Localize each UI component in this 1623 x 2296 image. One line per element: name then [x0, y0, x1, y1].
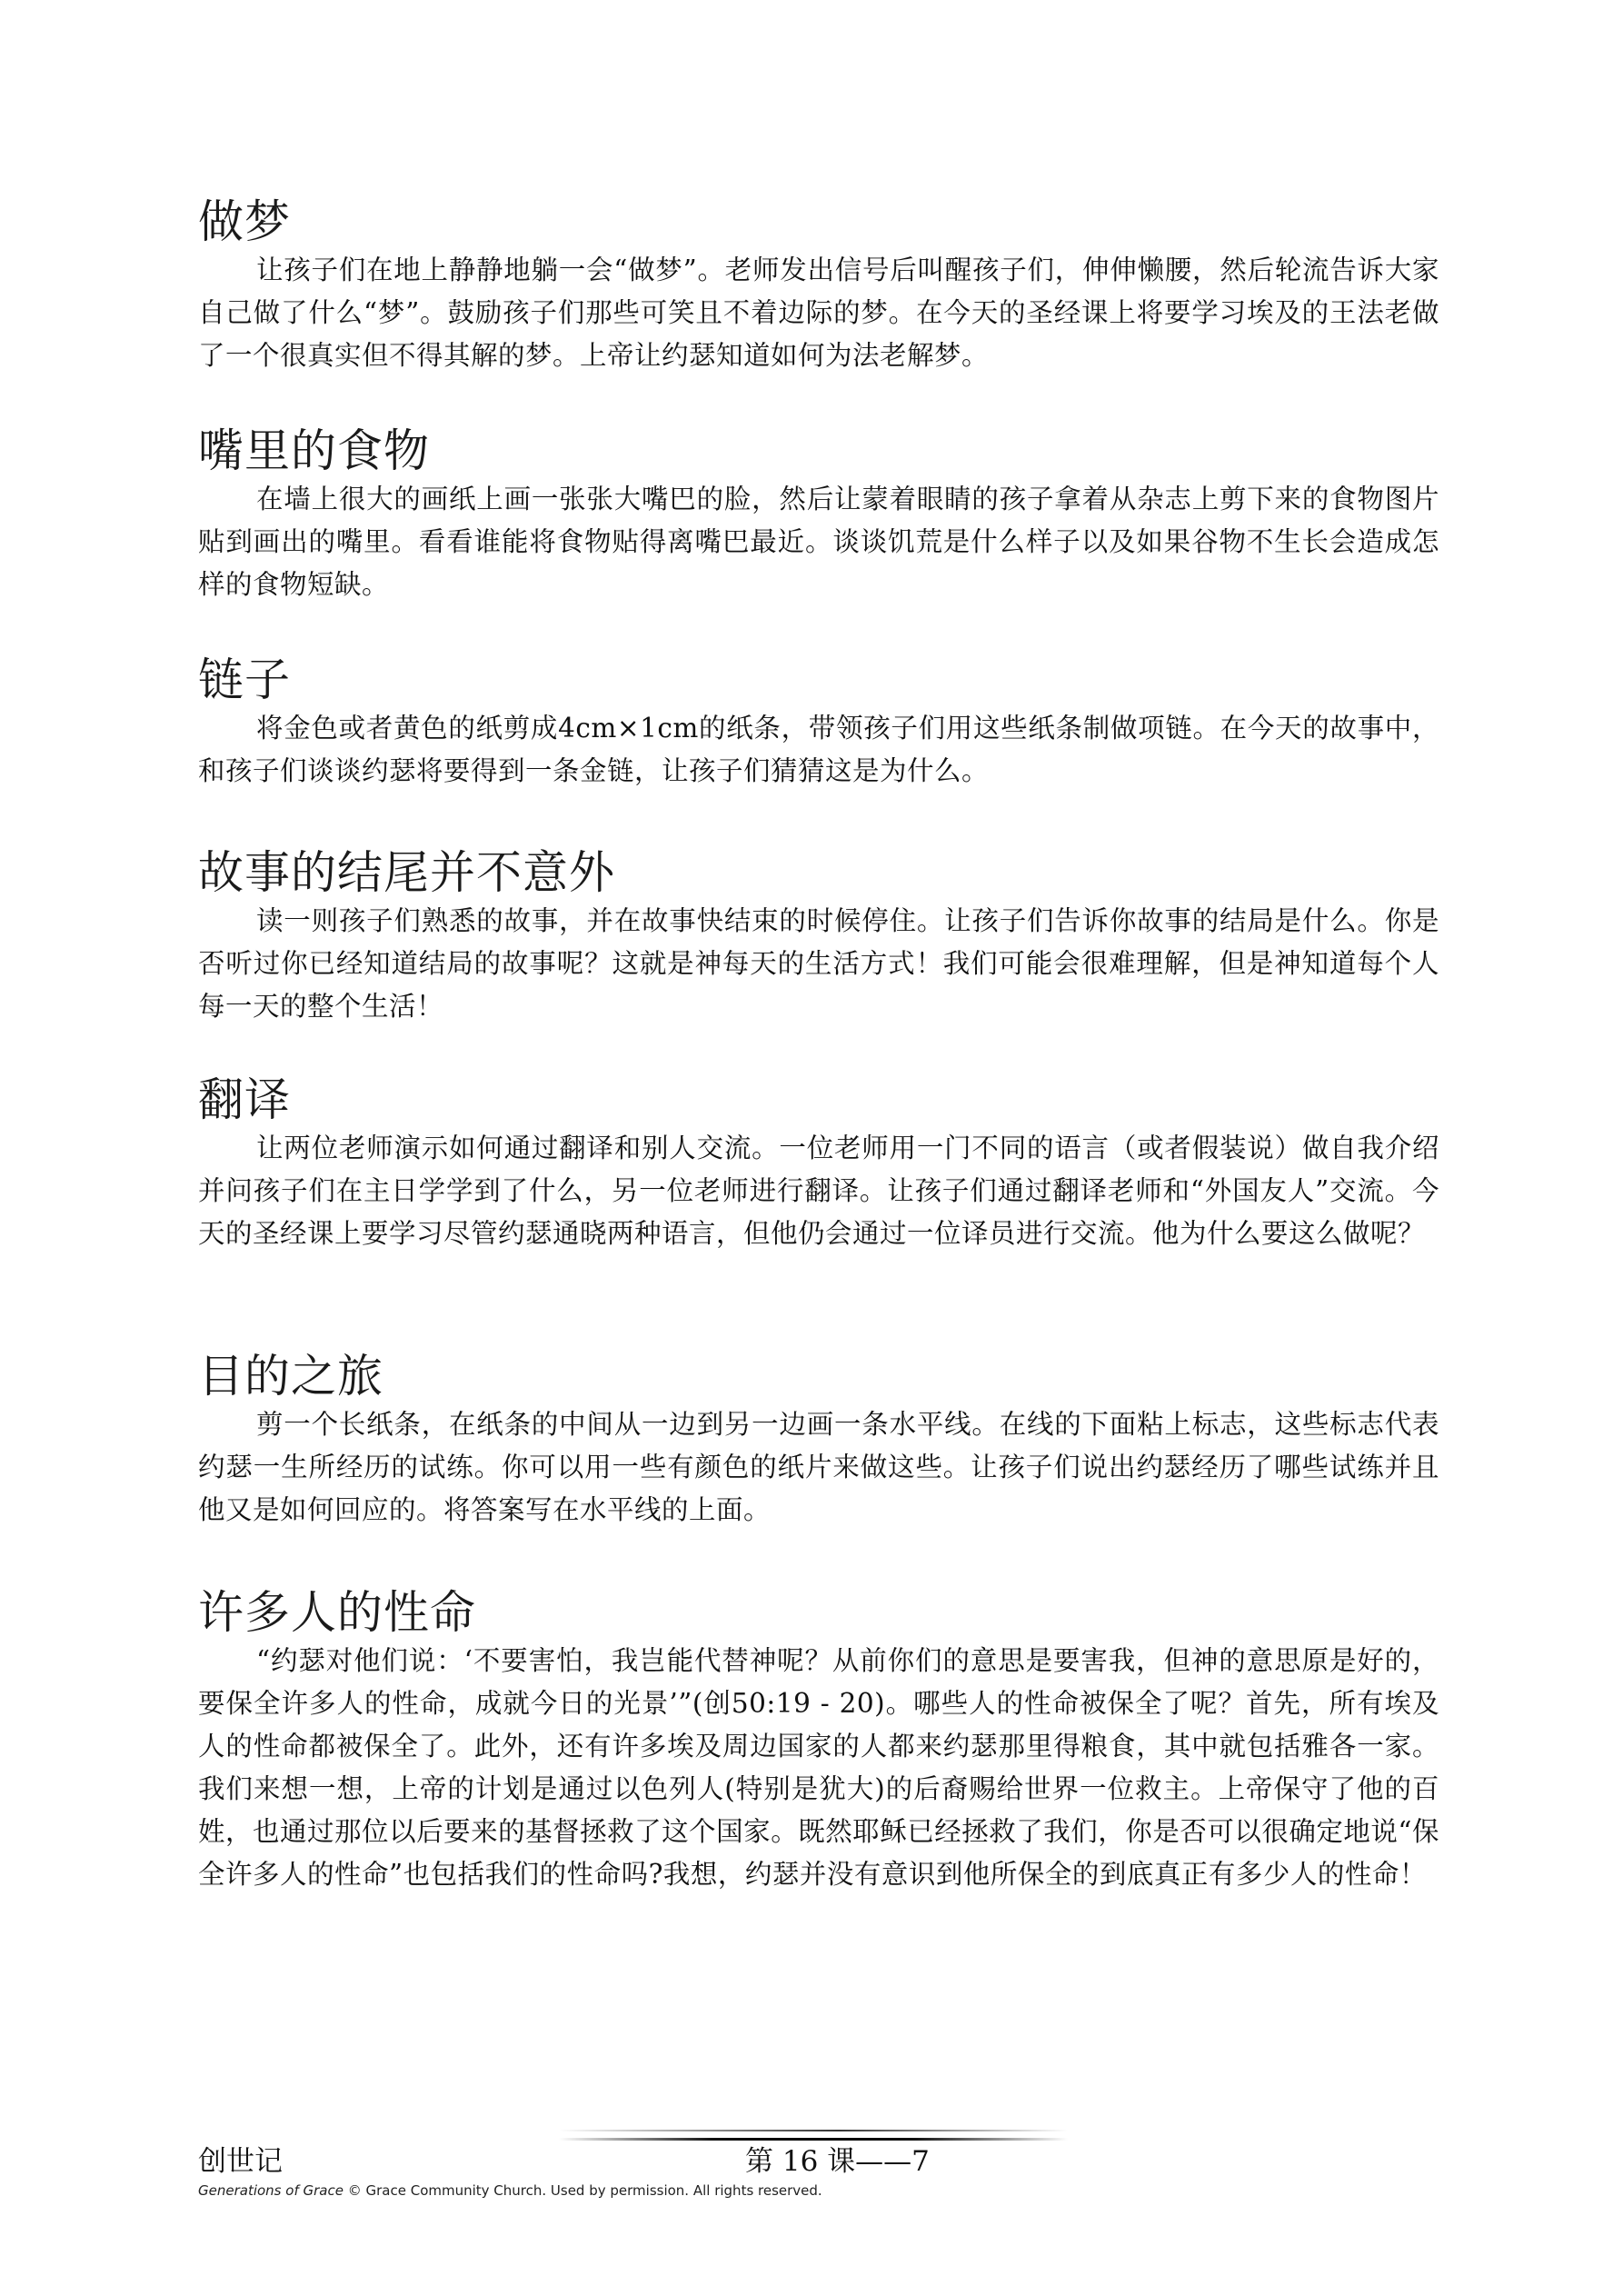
- section-paragraph: 在墙上很大的画纸上画一张张大嘴巴的脸，然后让蒙着眼睛的孩子拿着从杂志上剪下来的食…: [198, 478, 1439, 606]
- section-heading: 做梦: [198, 195, 1439, 249]
- footer-book-title: 创世记: [198, 2145, 283, 2178]
- copyright-text: © Grace Community Church. Used by permis…: [344, 2182, 822, 2199]
- section-journey: 目的之旅 剪一个长纸条，在纸条的中间从一边到另一边画一条水平线。在线的下面粘上标…: [198, 1349, 1439, 1532]
- footer-rule-thin: [559, 2130, 1068, 2131]
- section-heading: 许多人的性命: [198, 1585, 1439, 1640]
- section-heading: 故事的结尾并不意外: [198, 845, 1439, 900]
- section-paragraph: 将金色或者黄色的纸剪成4cm×1cm的纸条，带领孩子们用这些纸条制做项链。在今天…: [198, 707, 1439, 793]
- copyright-title: Generations of Grace: [198, 2182, 344, 2199]
- footer-divider: [559, 2130, 1068, 2141]
- section-paragraph: 剪一个长纸条，在纸条的中间从一边到另一边画一条水平线。在线的下面粘上标志，这些标…: [198, 1403, 1439, 1532]
- section-food-in-mouth: 嘴里的食物 在墙上很大的画纸上画一张张大嘴巴的脸，然后让蒙着眼睛的孩子拿着从杂志…: [198, 424, 1439, 606]
- footer-rule-thick: [559, 2138, 1068, 2141]
- section-heading: 目的之旅: [198, 1349, 1439, 1403]
- copyright-notice: Generations of Grace © Grace Community C…: [198, 2181, 822, 2200]
- section-paragraph: 让两位老师演示如何通过翻译和别人交流。一位老师用一门不同的语言（或者假装说）做自…: [198, 1127, 1439, 1255]
- section-paragraph: “约瑟对他们说：‘不要害怕，我岂能代替神呢？从前你们的意思是要害我，但神的意思原…: [198, 1640, 1439, 1896]
- footer-page-number: 第 16 课——7: [745, 2145, 930, 2178]
- section-heading: 链子: [198, 653, 1439, 707]
- section-paragraph: 读一则孩子们熟悉的故事，并在故事快结束的时候停住。让孩子们告诉你故事的结局是什么…: [198, 900, 1439, 1028]
- section-paragraph: 让孩子们在地上静静地躺一会“做梦”。老师发出信号后叫醒孩子们，伸伸懒腰，然后轮流…: [198, 249, 1439, 377]
- section-heading: 翻译: [198, 1073, 1439, 1127]
- section-heading: 嘴里的食物: [198, 424, 1439, 478]
- section-many-lives: 许多人的性命 “约瑟对他们说：‘不要害怕，我岂能代替神呢？从前你们的意思是要害我…: [198, 1585, 1439, 1896]
- section-translation: 翻译 让两位老师演示如何通过翻译和别人交流。一位老师用一门不同的语言（或者假装说…: [198, 1073, 1439, 1255]
- section-dreaming: 做梦 让孩子们在地上静静地躺一会“做梦”。老师发出信号后叫醒孩子们，伸伸懒腰，然…: [198, 195, 1439, 377]
- section-no-surprise-ending: 故事的结尾并不意外 读一则孩子们熟悉的故事，并在故事快结束的时候停住。让孩子们告…: [198, 845, 1439, 1028]
- section-chain: 链子 将金色或者黄色的纸剪成4cm×1cm的纸条，带领孩子们用这些纸条制做项链。…: [198, 653, 1439, 793]
